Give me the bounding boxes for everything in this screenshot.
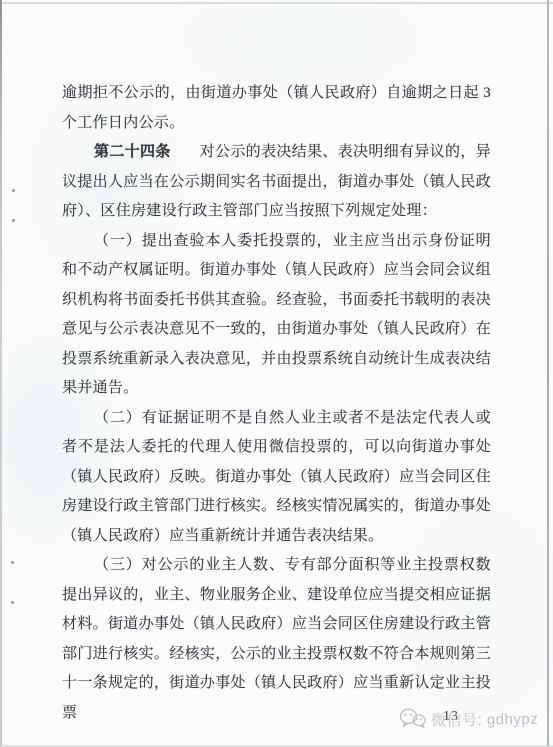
page-left-edge-line bbox=[0, 0, 2, 747]
paragraph-item-1: （一）提出查验本人委托投票的，业主应当出示身份证明和不动产权属证明。街道办事处（… bbox=[62, 227, 491, 404]
article-number: 第二十四条 bbox=[94, 144, 171, 160]
scanned-document-page: 逾期拒不公示的，由街道办事处（镇人民政府）自逾期之日起 3个工作日内公示。 第二… bbox=[0, 0, 553, 747]
paragraph-text: （二）有证据证明不是自然人业主或者不是法定代表人或者不是法人委托的代理人使用微信… bbox=[62, 410, 491, 544]
paragraph-text: 逾期拒不公示的，由街道办事处（镇人民政府）自逾期之日起 3个工作日内公示。 bbox=[62, 85, 491, 131]
watermark-label: 微信号: gdhypz bbox=[431, 707, 539, 730]
paragraph-item-2: （二）有证据证明不是自然人业主或者不是法定代表人或者不是法人委托的代理人使用微信… bbox=[62, 404, 491, 552]
scan-speck bbox=[11, 561, 14, 564]
wechat-watermark: 微信号: gdhypz bbox=[399, 705, 539, 734]
wechat-icon bbox=[399, 707, 427, 734]
paragraph-text: （一）提出查验本人委托投票的，业主应当出示身份证明和不动产权属证明。街道办事处（… bbox=[62, 233, 491, 397]
paragraph-continuation: 逾期拒不公示的，由街道办事处（镇人民政府）自逾期之日起 3个工作日内公示。 bbox=[62, 79, 491, 138]
scan-speck bbox=[11, 601, 14, 604]
scan-speck bbox=[12, 219, 15, 222]
page-top-edge-line bbox=[0, 2, 553, 4]
paragraph-item-3: （三）对公示的业主人数、专有部分面积等业主投票权数提出异议的，业主、物业服务企业… bbox=[62, 551, 491, 728]
scan-speck bbox=[12, 189, 15, 192]
document-body: 逾期拒不公示的，由街道办事处（镇人民政府）自逾期之日起 3个工作日内公示。 第二… bbox=[62, 79, 491, 728]
paragraph-article-24: 第二十四条对公示的表决结果、表决明细有异议的，异议提出人应当在公示期间实名书面提… bbox=[62, 138, 491, 227]
paragraph-text: （三）对公示的业主人数、专有部分面积等业主投票权数提出异议的，业主、物业服务企业… bbox=[62, 557, 491, 721]
page-right-edge-line bbox=[547, 0, 549, 747]
